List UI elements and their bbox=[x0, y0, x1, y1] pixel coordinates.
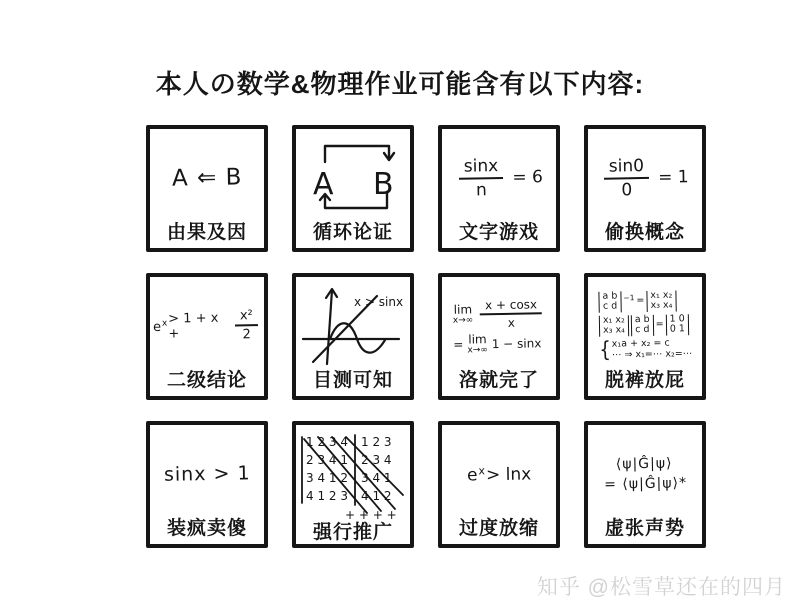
math-expression: ex > lnx bbox=[467, 463, 532, 485]
meme-grid: A ⇐ B 由果及因 A B 循环论证 bbox=[146, 125, 706, 548]
math-art: ex > lnx bbox=[445, 429, 553, 519]
equation-rhs: 1 − sinx bbox=[491, 336, 541, 351]
equation-rhs: = 6 bbox=[512, 167, 543, 188]
system-brace: { bbox=[599, 340, 611, 362]
matrix-row: 3 4 1 2 bbox=[306, 471, 348, 485]
box-over-bounding: ex > lnx 过度放缩 bbox=[438, 421, 560, 548]
math-expression: lim x→∞ x + cosx x = lim x→∞ bbox=[452, 297, 545, 356]
repeated-columns: 4 1 2 bbox=[361, 489, 392, 503]
box-label: 二级结论 bbox=[167, 371, 247, 392]
fraction-numerator: x² bbox=[235, 308, 258, 326]
math-art: x > sinx bbox=[299, 281, 407, 371]
limit-operator: lim x→∞ bbox=[452, 303, 473, 325]
matrix: x₁ x₂ x₃ x₄ bbox=[598, 315, 628, 336]
math-expression: ⟨ψ|Ĝ|ψ⟩ = ⟨ψ|Ĝ|ψ⟩* bbox=[603, 455, 686, 492]
box-label: 装疯卖傻 bbox=[167, 519, 247, 540]
loop-top-arrow bbox=[325, 146, 389, 162]
box-eyeball-graph: x > sinx 目测可知 bbox=[292, 273, 414, 400]
plus-signs: + + + + bbox=[345, 508, 397, 522]
system-lines: x₁a + x₂ = c ⋯ ⇒ x₁=⋯ x₂=⋯ bbox=[611, 338, 692, 361]
math-art: a b c d−1 = x₁ x₂ x₃ x₄ x₁ x₂ x₃ x₄ a b … bbox=[591, 281, 699, 371]
fraction-denominator: n bbox=[470, 179, 491, 200]
matrix-exponent: −1 bbox=[623, 294, 634, 302]
matrix-line-2: x₁ x₂ x₃ x₄ a b c d = 1 0 0 1 bbox=[598, 314, 688, 336]
matrix-row: 1 2 3 4 bbox=[306, 435, 348, 449]
fraction: sin0 0 bbox=[604, 156, 650, 201]
equals-sign: = bbox=[453, 337, 463, 351]
matrix: a b c d bbox=[598, 292, 621, 313]
lim-subscript: x→∞ bbox=[453, 316, 474, 325]
lim-subscript: x→∞ bbox=[467, 346, 488, 355]
box-label: 虚张声势 bbox=[605, 519, 685, 540]
math-expression: a b c d−1 = x₁ x₂ x₃ x₄ x₁ x₂ x₃ x₄ a b … bbox=[598, 290, 692, 361]
math-art: A B bbox=[299, 133, 407, 223]
box-circular-argument: A B 循环论证 bbox=[292, 125, 414, 252]
fraction-denominator: 0 bbox=[616, 179, 637, 200]
box-label: 偷换概念 bbox=[605, 223, 685, 244]
repeated-columns: 2 3 4 bbox=[361, 453, 392, 467]
math-expression: sinx > 1 bbox=[164, 462, 251, 486]
math-expression: A ⇐ B bbox=[172, 164, 243, 191]
sarrus-rule-diagram: 1 2 3 4 2 3 4 1 3 4 1 2 4 1 2 3 1 2 3 2 … bbox=[299, 429, 407, 523]
exponent: x bbox=[162, 319, 168, 329]
box-bluffing: ⟨ψ|Ĝ|ψ⟩ = ⟨ψ|Ĝ|ψ⟩* 虚张声势 bbox=[584, 421, 706, 548]
fraction-numerator: sin0 bbox=[604, 156, 650, 180]
repeated-columns: 3 4 1 bbox=[361, 471, 392, 485]
box-label: 文字游戏 bbox=[459, 223, 539, 244]
lim-word: lim bbox=[453, 303, 472, 315]
fraction-numerator: x + cosx bbox=[480, 297, 542, 315]
equation-rhs: = 1 bbox=[658, 167, 689, 188]
box-label: 循环论证 bbox=[313, 223, 393, 244]
equals-sign: = bbox=[636, 296, 644, 307]
y-axis bbox=[327, 290, 332, 364]
box-playing-dumb: sinx > 1 装疯卖傻 bbox=[146, 421, 268, 548]
math-art: ex > 1 + x + x² 2 bbox=[153, 281, 261, 371]
watermark: 知乎 @松雪草还在的四月 bbox=[537, 571, 786, 601]
fraction: x + cosx x bbox=[480, 297, 543, 330]
braket-line-1: ⟨ψ|Ĝ|ψ⟩ bbox=[615, 456, 672, 473]
math-art: ⟨ψ|Ĝ|ψ⟩ = ⟨ψ|Ĝ|ψ⟩* bbox=[591, 429, 699, 519]
math-art: sin0 0 = 1 bbox=[591, 133, 699, 223]
limit-line-2: = lim x→∞ 1 − sinx bbox=[453, 332, 546, 356]
repeated-columns: 1 2 3 bbox=[361, 435, 392, 449]
fraction-numerator: sinx bbox=[458, 156, 503, 180]
math-expression: sinx n = 6 bbox=[455, 155, 543, 201]
box-label: 洛就完了 bbox=[459, 371, 539, 392]
limit-line-1: lim x→∞ x + cosx x bbox=[452, 297, 545, 331]
euler-e: e bbox=[153, 319, 161, 334]
box-label: 脱裤放屁 bbox=[605, 371, 685, 392]
identity-matrix: 1 0 0 1 bbox=[665, 314, 688, 335]
limit-operator: lim x→∞ bbox=[467, 333, 488, 355]
equation-system: { x₁a + x₂ = c ⋯ ⇒ x₁=⋯ x₂=⋯ bbox=[599, 338, 692, 361]
fraction-denominator: 2 bbox=[237, 326, 256, 342]
box-label: 由果及因 bbox=[167, 223, 247, 244]
box-second-level-conclusion: ex > 1 + x + x² 2 二级结论 bbox=[146, 273, 268, 400]
math-art: sinx > 1 bbox=[153, 429, 261, 519]
inequality-middle: > 1 + x + bbox=[168, 311, 232, 342]
matrix: x₁ x₂ x₃ x₄ bbox=[646, 291, 676, 312]
matrix: a b c d bbox=[630, 315, 653, 336]
node-b: B bbox=[373, 167, 394, 202]
math-expression: sin0 0 = 1 bbox=[601, 155, 689, 201]
lim-word: lim bbox=[468, 333, 487, 345]
box-reverse-implication: A ⇐ B 由果及因 bbox=[146, 125, 268, 252]
sine-vs-line-plot: x > sinx bbox=[299, 282, 407, 370]
box-redundant-matrix: a b c d−1 = x₁ x₂ x₃ x₄ x₁ x₂ x₃ x₄ a b … bbox=[584, 273, 706, 400]
matrix-row: 2 3 4 1 bbox=[306, 453, 348, 467]
fraction: sinx n bbox=[458, 156, 503, 201]
matrix-row: 4 1 2 3 bbox=[306, 489, 348, 503]
euler-e: e bbox=[467, 464, 478, 484]
box-word-game: sinx n = 6 文字游戏 bbox=[438, 125, 560, 252]
math-art: A ⇐ B bbox=[153, 133, 261, 223]
inequality-rhs: > lnx bbox=[486, 463, 532, 484]
system-line-2: ⋯ ⇒ x₁=⋯ x₂=⋯ bbox=[611, 349, 691, 361]
math-art: 1 2 3 4 2 3 4 1 3 4 1 2 4 1 2 3 1 2 3 2 … bbox=[299, 429, 407, 523]
matrix-line-1: a b c d−1 = x₁ x₂ x₃ x₄ bbox=[598, 291, 676, 313]
box-label: 目测可知 bbox=[313, 371, 393, 392]
box-lhopital: lim x→∞ x + cosx x = lim x→∞ bbox=[438, 273, 560, 400]
equals-sign: = bbox=[655, 320, 663, 331]
fraction-denominator: x bbox=[502, 314, 519, 329]
math-art: sinx n = 6 bbox=[445, 133, 553, 223]
circular-arrow-diagram: A B bbox=[301, 136, 405, 220]
box-forced-generalization: 1 2 3 4 2 3 4 1 3 4 1 2 4 1 2 3 1 2 3 2 … bbox=[292, 421, 414, 548]
node-a: A bbox=[313, 167, 334, 202]
plot-annotation: x > sinx bbox=[354, 295, 403, 309]
box-label: 过度放缩 bbox=[459, 519, 539, 540]
braket-line-2: = ⟨ψ|Ĝ|ψ⟩* bbox=[604, 475, 687, 492]
exponent: x bbox=[478, 464, 485, 477]
fraction: x² 2 bbox=[235, 308, 258, 342]
box-concept-swap: sin0 0 = 1 偷换概念 bbox=[584, 125, 706, 252]
math-expression: ex > 1 + x + x² 2 bbox=[153, 308, 262, 344]
box-label: 强行推广 bbox=[313, 523, 393, 544]
math-art: lim x→∞ x + cosx x = lim x→∞ bbox=[445, 281, 553, 371]
page-title: 本人の数学&物理作业可能含有以下内容: bbox=[0, 64, 800, 101]
